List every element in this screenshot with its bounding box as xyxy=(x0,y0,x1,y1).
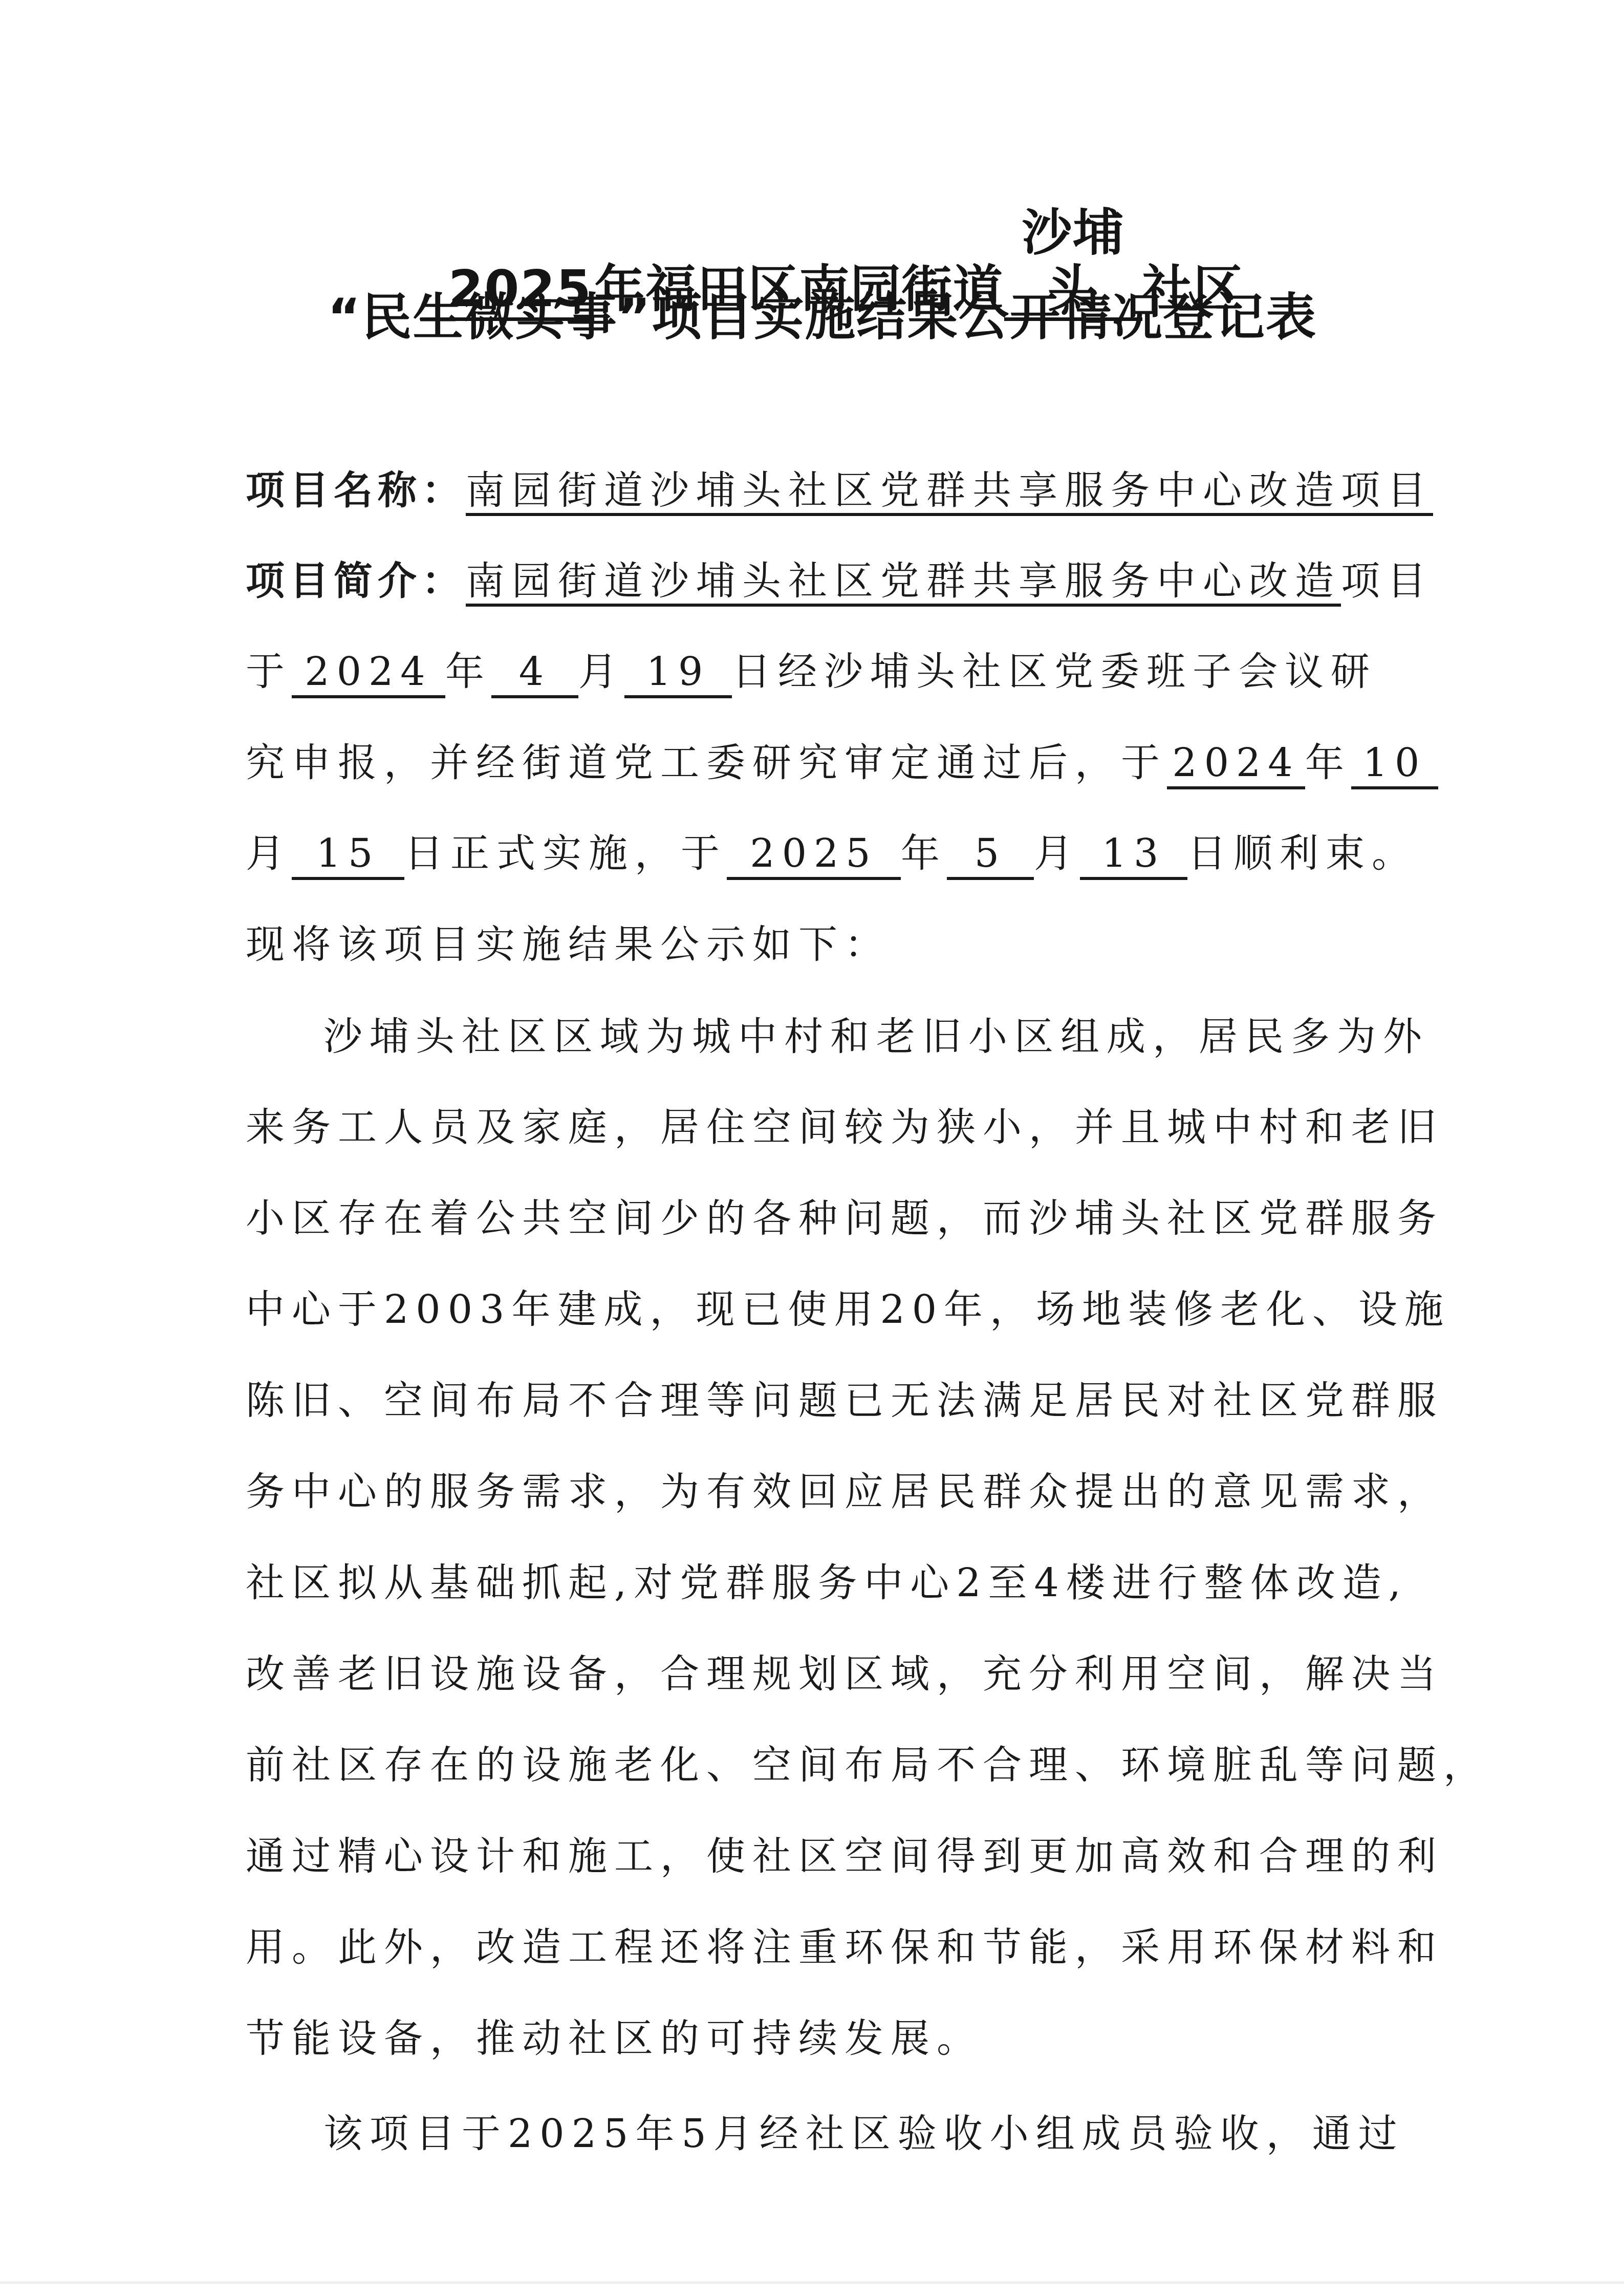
paragraph-1-line: 社区拟从基础抓起,对党群服务中心2至4楼进行整体改造, xyxy=(246,1557,1402,1608)
proposal-day-field: 19 xyxy=(624,648,732,698)
paragraph-1-line: 小区存在着公共空间少的各种问题，而沙埔头社区党群服务 xyxy=(246,1193,1402,1244)
intro-text: 年 xyxy=(1305,740,1351,785)
document-page: 2025年福田区南园街道沙埔头社区 “民生微实事”项目实施结果公开情况登记表 项… xyxy=(0,0,1624,2296)
intro-text: 月 xyxy=(1034,830,1080,876)
intro-text: 月 xyxy=(578,649,624,694)
paragraph-1-line: 通过精心设计和施工，使社区空间得到更加高效和合理的利 xyxy=(246,1831,1402,1882)
intro-text: 年 xyxy=(445,649,491,694)
intro-line-3: 究申报，并经街道党工委研究审定通过后，于2024年10 xyxy=(246,737,1402,789)
paragraph-1-line: 陈旧、空间布局不合理等问题已无法满足居民对社区党群服 xyxy=(246,1375,1402,1426)
project-intro-value: 南园街道沙埔头社区党群共享服务中心改造 xyxy=(466,558,1341,607)
paragraph-1-line: 用。此外，改造工程还将注重环保和节能，采用环保材料和 xyxy=(246,1922,1402,1973)
end-day-field: 13 xyxy=(1080,830,1187,880)
project-name-label: 项目名称： xyxy=(246,467,466,513)
intro-text: 于 xyxy=(246,649,292,694)
project-intro-suffix: 项目 xyxy=(1341,558,1433,604)
intro-text: 日正式实施，于 xyxy=(404,830,727,876)
start-month-field: 10 xyxy=(1351,739,1438,789)
project-name-value: 南园街道沙埔头社区党群共享服务中心改造项目 xyxy=(466,467,1433,516)
scan-edge-artifact xyxy=(0,2281,1624,2285)
intro-line-5: 现将该项目实施结果公示如下： xyxy=(246,919,1402,970)
paragraph-1-line: 前社区存在的设施老化、空间布局不合理、环境脏乱等问题， xyxy=(246,1740,1402,1791)
proposal-month-field: 4 xyxy=(491,648,578,698)
end-month-field: 5 xyxy=(947,830,1034,880)
project-intro-row: 项目简介：南园街道沙埔头社区党群共享服务中心改造项目 xyxy=(246,555,1402,607)
intro-text: 究申报，并经街道党工委研究审定通过后，于 xyxy=(246,740,1167,785)
start-year-field: 2024 xyxy=(1167,739,1305,789)
proposal-year-field: 2024 xyxy=(292,648,445,698)
document-title-line-2: “民生微实事”项目实施结果公开情况登记表 xyxy=(0,284,1624,351)
end-year-field: 2025 xyxy=(727,830,901,880)
intro-text: 月 xyxy=(246,830,292,876)
intro-text: 日顺利束。 xyxy=(1187,830,1418,876)
intro-text: 日经沙埔头社区党委班子会议研 xyxy=(732,649,1377,694)
paragraph-1-line: 务中心的服务需求，为有效回应居民群众提出的意见需求， xyxy=(246,1466,1402,1517)
intro-line-2: 于2024年4月19日经沙埔头社区党委班子会议研 xyxy=(246,646,1402,698)
intro-text: 年 xyxy=(901,830,947,876)
paragraph-1-line: 节能设备，推动社区的可持续发展。 xyxy=(246,2013,1402,2064)
intro-line-4: 月15日正式实施，于2025年5月13日顺利束。 xyxy=(246,828,1402,880)
paragraph-1-line: 改善老旧设施设备，合理规划区域，充分利用空间，解决当 xyxy=(246,1648,1402,1700)
paragraph-1-line: 中心于2003年建成，现已使用20年，场地装修老化、设施 xyxy=(246,1284,1402,1335)
project-intro-label: 项目简介： xyxy=(246,558,466,604)
paragraph-1-line: 沙埔头社区区域为城中村和老旧小区组成，居民多为外 xyxy=(246,1011,1480,1062)
start-day-field: 15 xyxy=(292,830,404,880)
project-name-row: 项目名称：南园街道沙埔头社区党群共享服务中心改造项目 xyxy=(246,465,1402,516)
paragraph-1-line: 来务工人员及家庭，居住空间较为狭小，并且城中村和老旧 xyxy=(246,1102,1402,1153)
paragraph-2-line: 该项目于2025年5月经社区验收小组成员验收，通过 xyxy=(246,2108,1480,2159)
